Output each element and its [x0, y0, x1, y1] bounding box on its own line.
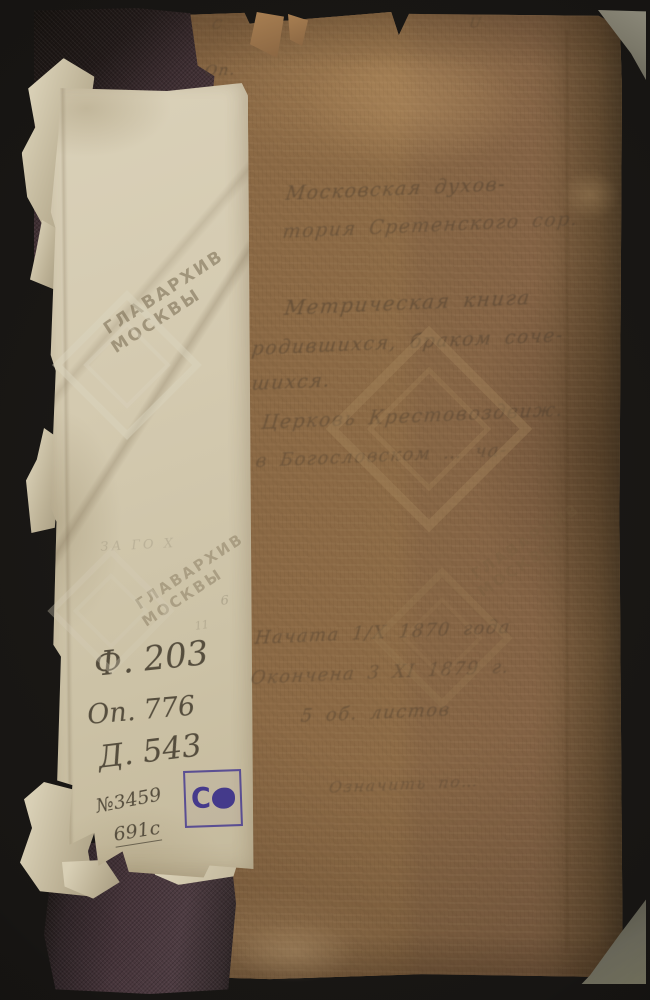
- sf-stamp: С Ф: [183, 769, 243, 828]
- label-faint-note: 6: [220, 593, 230, 609]
- handwritten-line: шихся.: [250, 370, 332, 396]
- handwritten-mark: С: [211, 18, 224, 34]
- cover-crease: [566, 30, 568, 950]
- handwritten-line: Оп.: [204, 61, 237, 80]
- scan-stage: ЗА ГО X 6 11 Ф. 203 Оп. 776 Д. 543 №3459…: [0, 0, 650, 1000]
- handwritten-mark: U: [468, 15, 483, 32]
- label-faint-note: 11: [194, 618, 210, 633]
- stamp-letter-f: Ф: [212, 787, 236, 809]
- stamp-letter-c: С: [191, 782, 212, 815]
